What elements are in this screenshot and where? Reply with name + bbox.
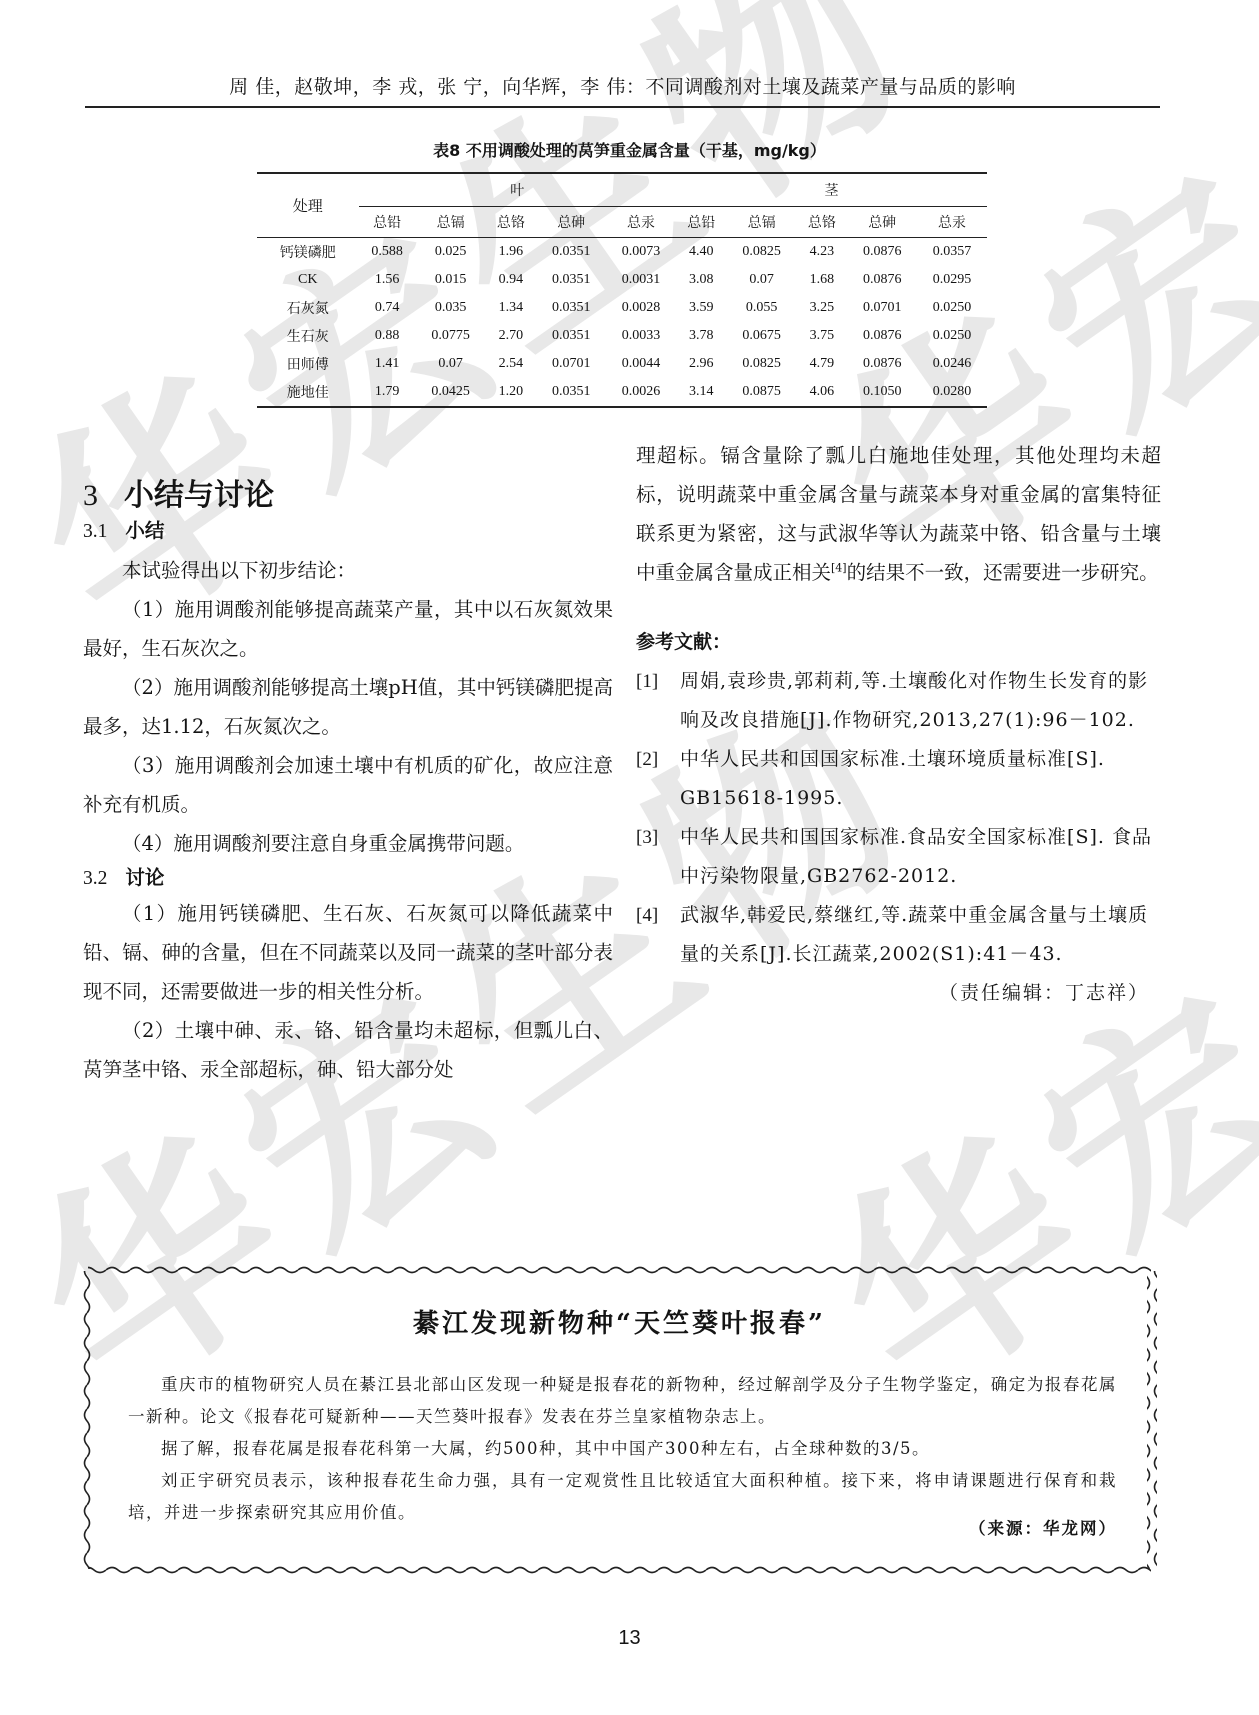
cell: 0.0775 [416, 322, 486, 350]
cell: 2.54 [486, 350, 537, 378]
cell: 0.07 [727, 266, 797, 294]
header-rule [85, 106, 1160, 108]
cell: 0.0876 [847, 350, 917, 378]
column-header: 总镉 [416, 207, 486, 238]
cell: 2.96 [676, 350, 727, 378]
column-header: 总汞 [917, 207, 987, 238]
paragraph: （2）施用调酸剂能够提高土壤pH值，其中钙镁磷肥提高最多，达1.12，石灰氮次之… [83, 668, 613, 746]
column-header: 总砷 [536, 207, 606, 238]
cell: 0.0675 [727, 322, 797, 350]
cell: 0.0351 [536, 238, 606, 267]
cell: 1.68 [797, 266, 848, 294]
cell: 3.08 [676, 266, 727, 294]
cell: 1.20 [486, 378, 537, 407]
table-row: 施地佳 1.79 0.0425 1.20 0.0351 0.0026 3.14 … [257, 378, 987, 407]
cell: 3.75 [797, 322, 848, 350]
news-source: （来源：华龙网） [969, 1515, 1117, 1539]
column-header: 总汞 [606, 207, 676, 238]
cell: 0.025 [416, 238, 486, 267]
subsection-number: 3.2 [83, 868, 107, 889]
table-row: CK 1.56 0.015 0.94 0.0351 0.0031 3.08 0.… [257, 266, 987, 294]
cell: 0.1050 [847, 378, 917, 407]
reference-item: [4] 武淑华,韩爱民,蔡继红,等.蔬菜中重金属含量与土壤质量的关系[J].长江… [636, 896, 1161, 974]
cell: 0.0701 [847, 294, 917, 322]
subsection-number: 3.1 [83, 521, 107, 542]
reference-item: [1] 周娟,袁珍贵,郭莉莉,等.土壤酸化对作物生长发育的影响及改良措施[J].… [636, 662, 1161, 740]
cell: 0.588 [359, 238, 416, 267]
cell: 0.055 [727, 294, 797, 322]
paragraph: （3）施用调酸剂会加速土壤中有机质的矿化，故应注意补充有机质。 [83, 746, 613, 824]
row-label: 钙镁磷肥 [257, 238, 359, 267]
paragraph: 本试验得出以下初步结论： [83, 551, 613, 590]
reference-text: 周娟,袁珍贵,郭莉莉,等.土壤酸化对作物生长发育的影响及改良措施[J].作物研究… [680, 662, 1161, 740]
column-header: 总铅 [676, 207, 727, 238]
text: 的结果不一致，还需要进一步研究。 [847, 561, 1159, 584]
news-body: 重庆市的植物研究人员在綦江县北部山区发现一种疑是报春花的新物种，经过解剖学及分子… [128, 1369, 1117, 1529]
reference-text: 中华人民共和国国家标准.食品安全国家标准[S]. 食品中污染物限量,GB2762… [680, 818, 1161, 896]
cell: 0.0033 [606, 322, 676, 350]
paragraph: （4）施用调酸剂要注意自身重金属携带问题。 [83, 824, 613, 863]
cell: 0.0073 [606, 238, 676, 267]
table-row: 田师傅 1.41 0.07 2.54 0.0701 0.0044 2.96 0.… [257, 350, 987, 378]
references-heading: 参考文献： [636, 622, 1161, 662]
cell: 4.40 [676, 238, 727, 267]
news-paragraph: 重庆市的植物研究人员在綦江县北部山区发现一种疑是报春花的新物种，经过解剖学及分子… [128, 1369, 1117, 1433]
reference-index: [4] [636, 896, 680, 974]
cell: 0.74 [359, 294, 416, 322]
cell: 0.0875 [727, 378, 797, 407]
subsection-heading: 3.2讨论 [83, 863, 613, 894]
paragraph: （2）土壤中砷、汞、铬、铅含量均未超标，但瓢儿白、莴笋茎中铬、汞全部超标，砷、铅… [83, 1011, 613, 1089]
news-box: 綦江发现新物种“天竺葵叶报春” 重庆市的植物研究人员在綦江县北部山区发现一种疑是… [82, 1265, 1157, 1575]
cell: 0.0246 [917, 350, 987, 378]
cell: 0.0044 [606, 350, 676, 378]
subsection-title: 小结 [125, 519, 164, 542]
cell: 2.70 [486, 322, 537, 350]
reference-item: [3] 中华人民共和国国家标准.食品安全国家标准[S]. 食品中污染物限量,GB… [636, 818, 1161, 896]
group-header-leaf: 叶 [359, 173, 676, 207]
row-label: 田师傅 [257, 350, 359, 378]
cell: 0.0876 [847, 266, 917, 294]
cell: 0.0295 [917, 266, 987, 294]
reference-index: [2] [636, 740, 680, 818]
reference-text: 中华人民共和国国家标准.土壤环境质量标准[S]. GB15618-1995. [680, 740, 1161, 818]
group-header-stem: 茎 [676, 173, 987, 207]
cell: 0.0031 [606, 266, 676, 294]
paragraph-continued: 理超标。镉含量除了瓢儿白施地佳处理，其他处理均未超标，说明蔬菜中重金属含量与蔬菜… [636, 436, 1161, 592]
table-row: 生石灰 0.88 0.0775 2.70 0.0351 0.0033 3.78 … [257, 322, 987, 350]
table-row: 石灰氮 0.74 0.035 1.34 0.0351 0.0028 3.59 0… [257, 294, 987, 322]
subsection-title: 讨论 [125, 866, 164, 889]
cell: 3.59 [676, 294, 727, 322]
cell: 1.56 [359, 266, 416, 294]
section-title: 小结与讨论 [124, 478, 274, 513]
cell: 0.0701 [536, 350, 606, 378]
cell: 3.25 [797, 294, 848, 322]
cell: 0.94 [486, 266, 537, 294]
cell: 1.96 [486, 238, 537, 267]
row-header: 处理 [257, 173, 359, 238]
row-label: CK [257, 266, 359, 294]
right-column: 理超标。镉含量除了瓢儿白施地佳处理，其他处理均未超标，说明蔬菜中重金属含量与蔬菜… [636, 440, 1161, 1013]
heavy-metal-table: 处理 叶 茎 总铅 总镉 总铬 总砷 总汞 总铅 总镉 总铬 总砷 总汞 钙镁磷… [257, 172, 987, 408]
column-header: 总铬 [486, 207, 537, 238]
reference-index: [3] [636, 818, 680, 896]
cell: 4.06 [797, 378, 848, 407]
cell: 0.0028 [606, 294, 676, 322]
table-row: 钙镁磷肥 0.588 0.025 1.96 0.0351 0.0073 4.40… [257, 238, 987, 267]
cell: 0.07 [416, 350, 486, 378]
cell: 1.34 [486, 294, 537, 322]
column-header: 总铅 [359, 207, 416, 238]
cell: 0.035 [416, 294, 486, 322]
page-number: 13 [0, 1627, 1259, 1650]
column-header: 总镉 [727, 207, 797, 238]
cell: 0.0351 [536, 294, 606, 322]
left-column: 3小结与讨论 3.1小结 本试验得出以下初步结论： （1）施用调酸剂能够提高蔬菜… [83, 440, 613, 1089]
cell: 0.0825 [727, 238, 797, 267]
cell: 0.0351 [536, 266, 606, 294]
cell: 4.79 [797, 350, 848, 378]
responsible-editor: （责任编辑：丁志祥） [636, 974, 1161, 1013]
reference-text: 武淑华,韩爱民,蔡继红,等.蔬菜中重金属含量与土壤质量的关系[J].长江蔬菜,2… [680, 896, 1161, 974]
news-paragraph: 据了解，报春花属是报春花科第一大属，约500种，其中中国产300种左右，占全球种… [128, 1433, 1117, 1465]
row-label: 生石灰 [257, 322, 359, 350]
column-header: 总砷 [847, 207, 917, 238]
cell: 0.0351 [536, 378, 606, 407]
cell: 4.23 [797, 238, 848, 267]
cell: 1.41 [359, 350, 416, 378]
cell: 3.14 [676, 378, 727, 407]
table-caption: 表8 不用调酸处理的莴笋重金属含量（干基，mg/kg） [0, 138, 1259, 161]
cell: 0.0250 [917, 322, 987, 350]
row-label: 石灰氮 [257, 294, 359, 322]
reference-item: [2] 中华人民共和国国家标准.土壤环境质量标准[S]. GB15618-199… [636, 740, 1161, 818]
cell: 0.0280 [917, 378, 987, 407]
cell: 0.0026 [606, 378, 676, 407]
cell: 0.0825 [727, 350, 797, 378]
cell: 0.0351 [536, 322, 606, 350]
cell: 0.0250 [917, 294, 987, 322]
column-header: 总铬 [797, 207, 848, 238]
paragraph: （1）施用钙镁磷肥、生石灰、石灰氮可以降低蔬菜中铅、镉、砷的含量，但在不同蔬菜以… [83, 894, 613, 1011]
cell: 0.0876 [847, 238, 917, 267]
cell: 1.79 [359, 378, 416, 407]
news-title: 綦江发现新物种“天竺葵叶报春” [82, 1303, 1157, 1340]
cell: 0.0425 [416, 378, 486, 407]
cell: 0.0876 [847, 322, 917, 350]
section-number: 3 [83, 479, 98, 512]
cell: 0.88 [359, 322, 416, 350]
reference-index: [1] [636, 662, 680, 740]
row-label: 施地佳 [257, 378, 359, 407]
paragraph: （1）施用调酸剂能够提高蔬菜产量，其中以石灰氮效果最好，生石灰次之。 [83, 590, 613, 668]
section-heading: 3小结与讨论 [83, 476, 613, 516]
cell: 0.0357 [917, 238, 987, 267]
subsection-heading: 3.1小结 [83, 516, 613, 547]
cell: 0.015 [416, 266, 486, 294]
citation[interactable]: [4] [831, 562, 847, 575]
running-head: 周 佳，赵敬坤，李 戎，张 宁，向华辉，李 伟：不同调酸剂对土壤及蔬菜产量与品质… [85, 72, 1160, 99]
cell: 3.78 [676, 322, 727, 350]
